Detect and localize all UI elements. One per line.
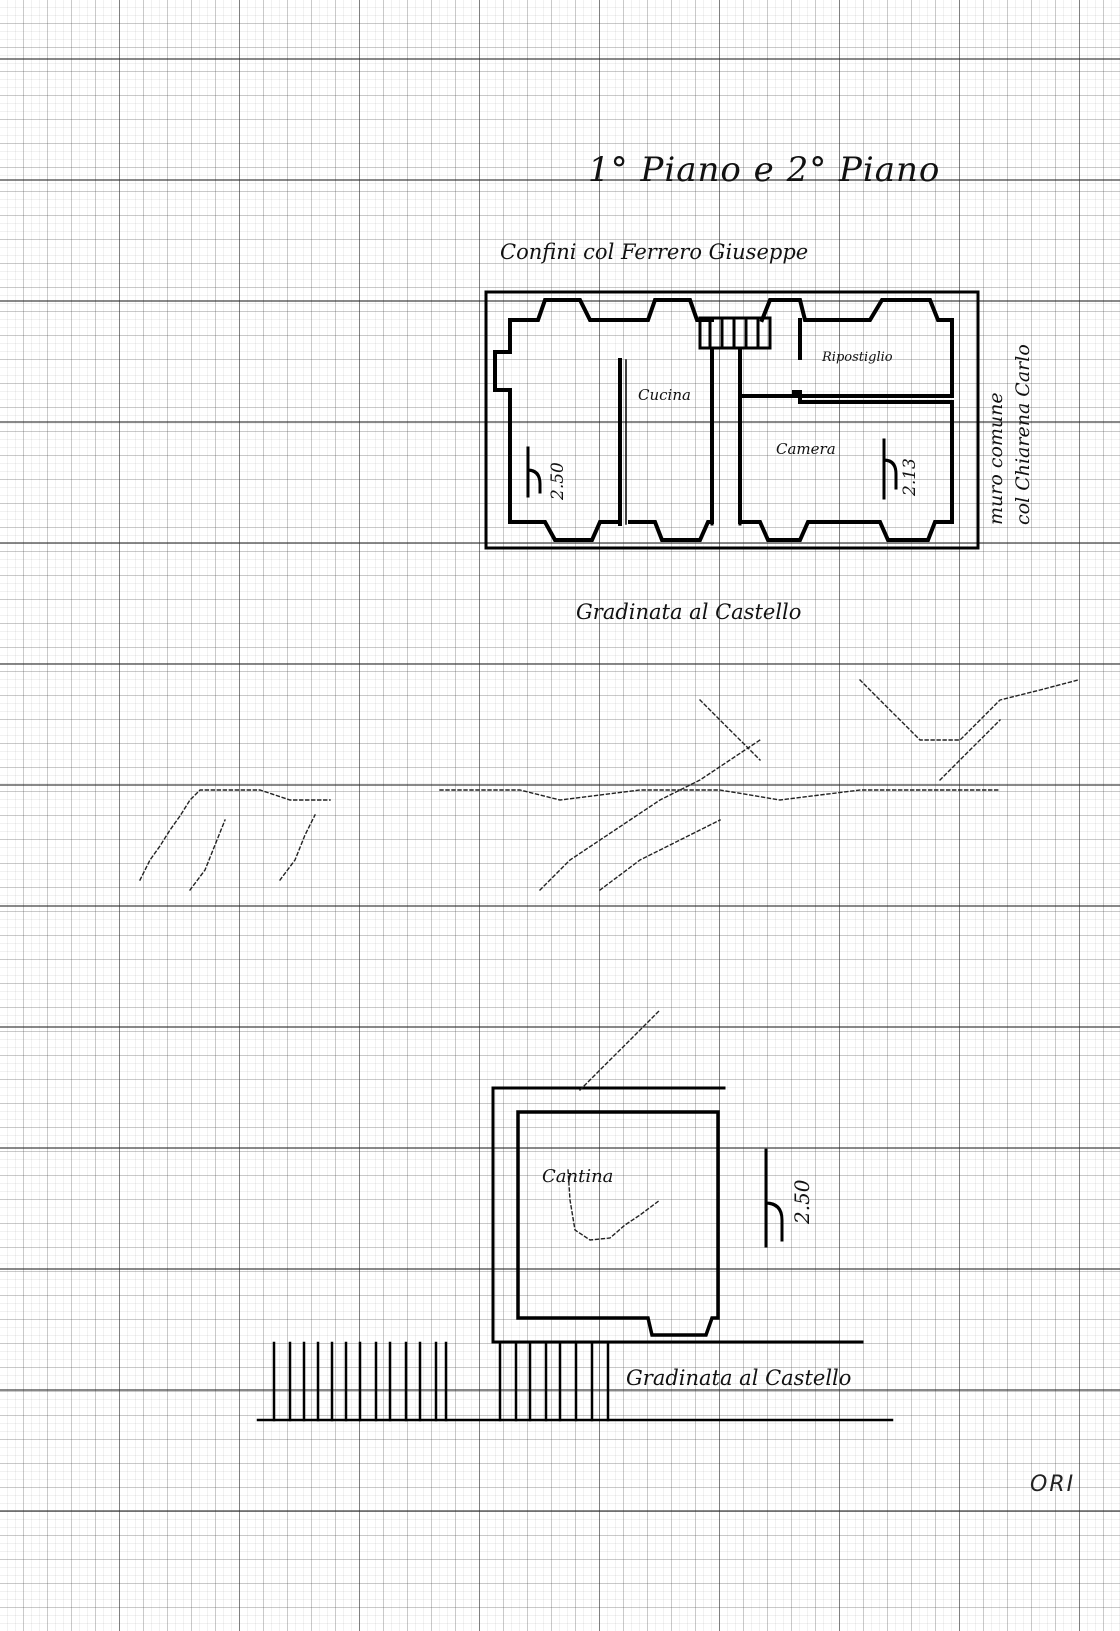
boundary-label-top: Confini col Ferrero Giuseppe xyxy=(500,240,808,264)
room-label-camera: Camera xyxy=(776,440,836,458)
height-label-cantina: 2.50 xyxy=(790,1179,814,1224)
street-label-upper: Gradinata al Castello xyxy=(576,600,801,624)
drawing-title: 1° Piano e 2° Piano xyxy=(588,150,940,190)
staircase-upper xyxy=(700,318,770,348)
room-label-cantina: Cantina xyxy=(542,1166,613,1187)
street-label-cellar: Gradinata al Castello xyxy=(626,1366,851,1390)
height-label-room1: 2.50 xyxy=(548,462,568,500)
faint-stair-traces xyxy=(140,680,1078,1240)
room-label-cucina: Cucina xyxy=(638,386,691,404)
upper-floor-outline xyxy=(486,292,978,548)
corner-stamp-text: ORI xyxy=(1030,1472,1075,1497)
boundary-label-right-line1: muro comune xyxy=(985,392,1007,525)
height-label-camera: 2.13 xyxy=(900,458,920,496)
room-label-ripostiglio: Ripostiglio xyxy=(822,350,893,365)
boundary-label-right-line2: col Chiarena Carlo xyxy=(1012,344,1034,525)
